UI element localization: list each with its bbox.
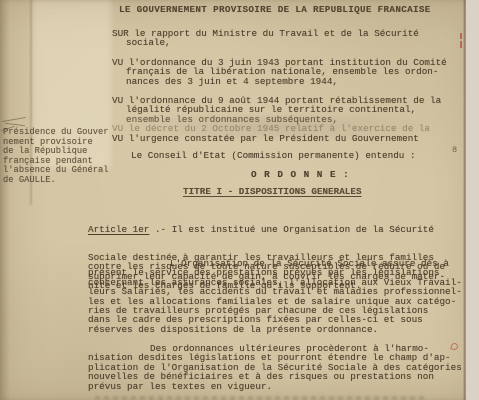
paragraph-ordonnances-ulterieures: Des ordonnances ultérieures procèderont … bbox=[88, 344, 462, 391]
article-1-first-line: Article 1er .- Il est institué une Organ… bbox=[88, 225, 445, 234]
red-margin-tick-mark bbox=[460, 33, 462, 48]
scanned-document-page: Présidence du Gouvernement provisoirede … bbox=[0, 0, 479, 400]
article-1-first-line-rest: .- Il est institué une Organisation de l… bbox=[149, 224, 434, 235]
page-edge-strip bbox=[466, 0, 479, 400]
titre-1-heading: TITRE I - DISPOSITIONS GENERALES bbox=[183, 187, 362, 196]
text-line: réserves des dispositions de la présente… bbox=[88, 325, 462, 334]
page-number: 8 bbox=[452, 145, 457, 155]
text-line: sociale, bbox=[112, 38, 419, 47]
text-line: prévus par les textes en vigueur. bbox=[88, 382, 462, 391]
preamble-vu-ordonnance-1944: VU l'ordonnance du 9 août 1944 portant r… bbox=[112, 96, 441, 124]
article-1-label: Article 1er bbox=[88, 224, 149, 235]
faded-next-line-ghost bbox=[95, 396, 425, 400]
margin-note: Présidence du Gouvernement provisoirede … bbox=[3, 128, 117, 185]
preamble-vu-urgence: VU l'urgence constatée par le Président … bbox=[112, 134, 419, 143]
preamble-vu-ordonnance-1943: VU l'ordonnance du 3 juin 1943 portant i… bbox=[112, 58, 447, 86]
document-header-title: LE GOUVERNEMENT PROVISOIRE DE LA REPUBLI… bbox=[119, 5, 431, 14]
paragraph-organisation-securite: L'Organisation de la Sécurité Sociale as… bbox=[88, 259, 462, 334]
text-line: nances des 3 juin et 4 septembre 1944, bbox=[112, 77, 447, 86]
preamble-vu-decret-faded: VU le décret du 2 Octobre 1945 relatif à… bbox=[112, 124, 430, 133]
conseil-etat-line: Le Conseil d'Etat (Commission permanente… bbox=[131, 151, 416, 160]
preamble-sur-rapport: SUR le rapport du Ministre du Travail et… bbox=[112, 29, 419, 48]
text-line: de GAULLE. bbox=[3, 176, 117, 186]
paper-left-edge-shadow bbox=[0, 0, 10, 400]
ordonne-line: O R D O N N E : bbox=[251, 170, 350, 179]
